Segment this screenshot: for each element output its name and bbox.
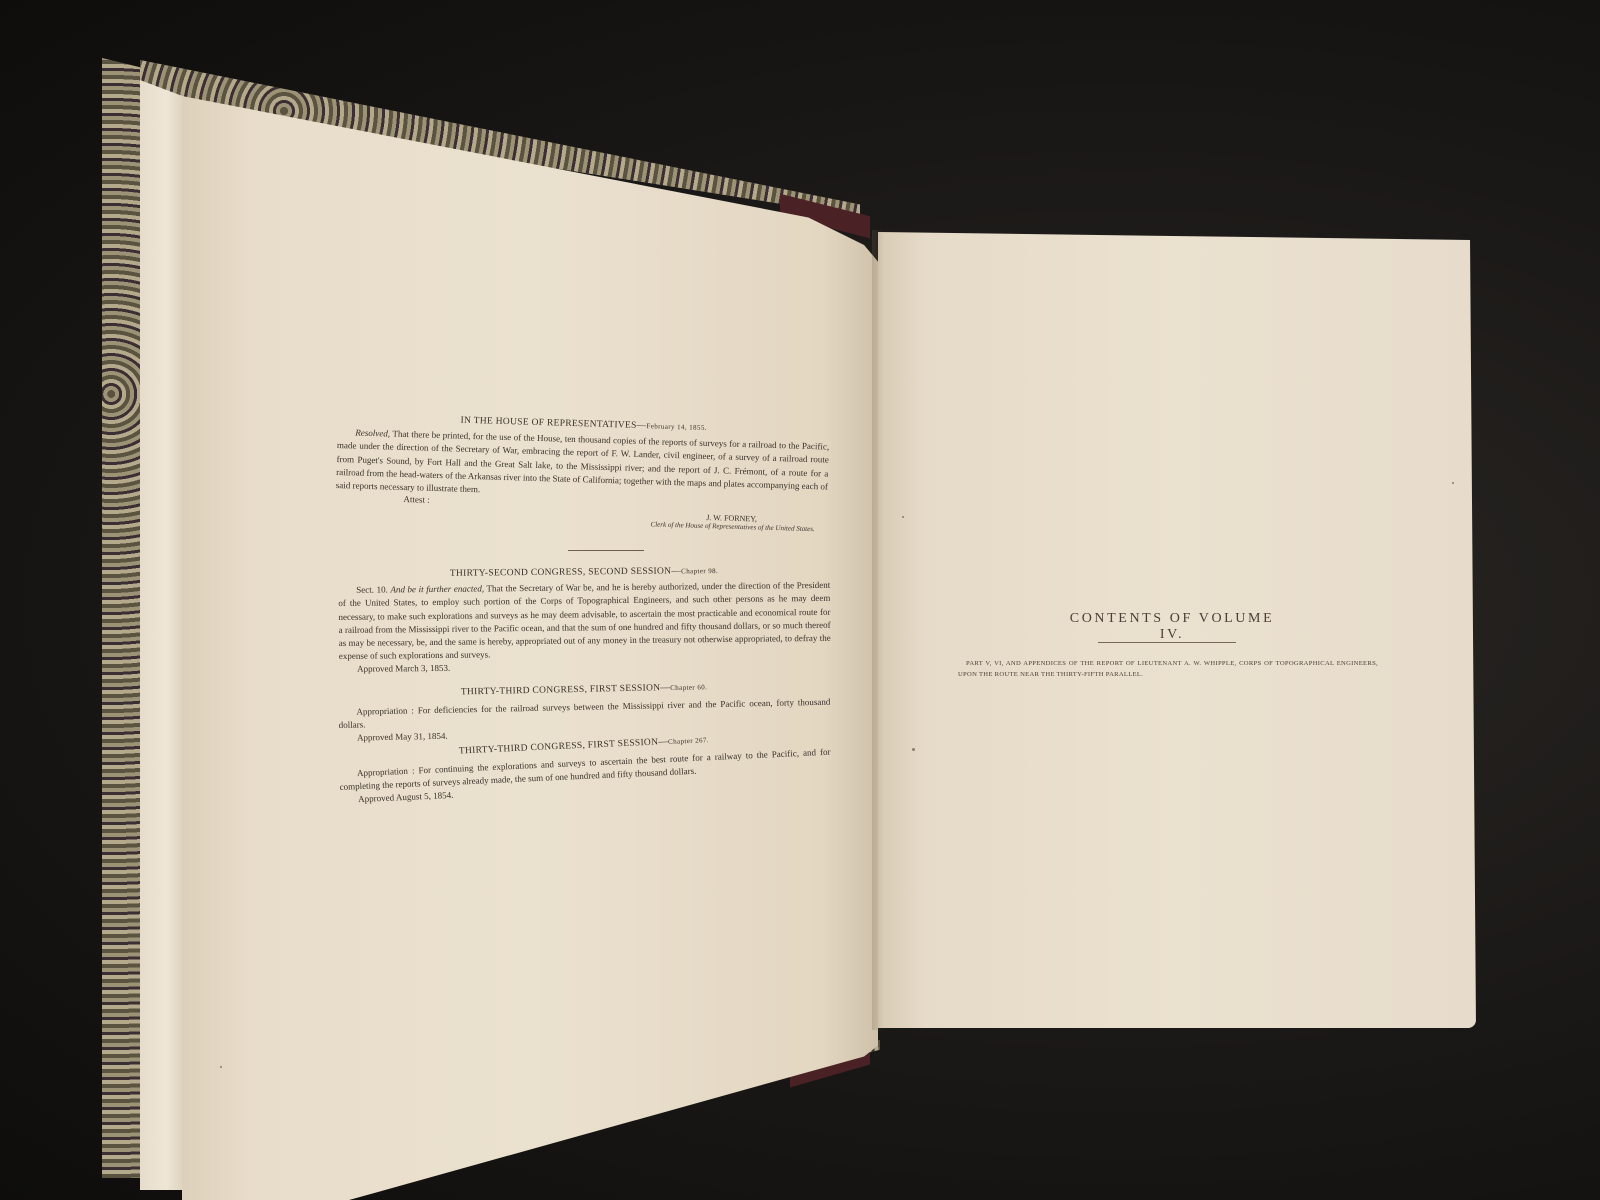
page-speck xyxy=(220,1066,222,1068)
page-speck xyxy=(912,748,915,751)
act-1853-text: Sect. 10. And be it further enacted, Tha… xyxy=(338,579,831,664)
contents-entry: PART V, VI, AND APPENDICES OF THE REPORT… xyxy=(958,658,1378,680)
book-gutter xyxy=(872,230,884,1030)
contents-divider xyxy=(1098,642,1236,643)
photo-scene: IN THE HOUSE OF REPRESENTATIVES—February… xyxy=(0,0,1600,1200)
endpaper-strip xyxy=(140,80,184,1190)
act-1853-block: THIRTY-SECOND CONGRESS, SECOND SESSION—C… xyxy=(338,565,831,674)
contents-title: CONTENTS OF VOLUME IV. xyxy=(1060,611,1284,643)
page-speck xyxy=(902,516,904,518)
section-divider xyxy=(568,550,644,551)
resolution-block: IN THE HOUSE OF REPRESENTATIVES—February… xyxy=(335,412,830,534)
page-speck xyxy=(1452,482,1454,484)
